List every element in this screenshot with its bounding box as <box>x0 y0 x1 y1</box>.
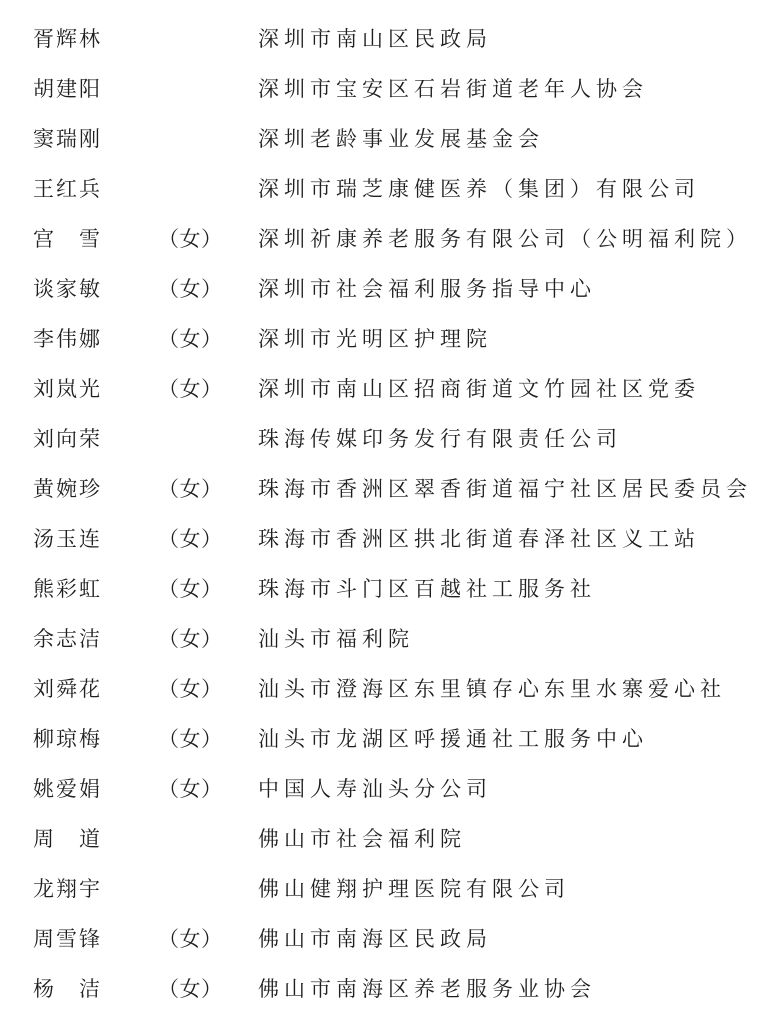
organization-name: 深圳市光明区护理院 <box>258 326 492 352</box>
list-item: 窦瑞刚 深圳老龄事业发展基金会 <box>0 126 780 176</box>
person-name: 谈家敏 <box>33 276 102 302</box>
organization-name: 珠海市香洲区拱北街道春泽社区义工站 <box>258 526 700 552</box>
organization-name: 深圳祈康养老服务有限公司（公明福利院） <box>258 226 752 252</box>
gender-note: （女） <box>158 776 223 802</box>
organization-name: 深圳市宝安区石岩街道老年人协会 <box>258 76 648 102</box>
gender-note: （女） <box>158 376 223 402</box>
organization-name: 汕头市龙湖区呼援通社工服务中心 <box>258 726 648 752</box>
list-item: 余志洁 （女） 汕头市福利院 <box>0 626 780 676</box>
organization-name: 汕头市福利院 <box>258 626 414 652</box>
organization-name: 深圳市南山区民政局 <box>258 26 492 52</box>
person-name: 姚爱娟 <box>33 776 102 802</box>
list-item: 胥辉林 深圳市南山区民政局 <box>0 26 780 76</box>
person-name: 窦瑞刚 <box>33 126 102 152</box>
document-page: 胥辉林 深圳市南山区民政局 胡建阳 深圳市宝安区石岩街道老年人协会 窦瑞刚 深圳… <box>0 0 780 1032</box>
person-name: 周雪锋 <box>33 926 102 952</box>
person-name: 王红兵 <box>33 176 102 202</box>
person-name: 黄婉珍 <box>33 476 102 502</box>
gender-note: （女） <box>158 976 223 1002</box>
organization-name: 深圳市社会福利服务指导中心 <box>258 276 596 302</box>
person-name: 刘岚光 <box>33 376 102 402</box>
person-name: 胡建阳 <box>33 76 102 102</box>
person-name: 宫 雪 <box>33 226 102 252</box>
organization-name: 汕头市澄海区东里镇存心东里水寨爱心社 <box>258 676 726 702</box>
list-item: 周 道 佛山市社会福利院 <box>0 826 780 876</box>
person-name: 熊彩虹 <box>33 576 102 602</box>
list-item: 汤玉连 （女） 珠海市香洲区拱北街道春泽社区义工站 <box>0 526 780 576</box>
person-name: 汤玉连 <box>33 526 102 552</box>
gender-note: （女） <box>158 226 223 252</box>
list-item: 刘舜花 （女） 汕头市澄海区东里镇存心东里水寨爱心社 <box>0 676 780 726</box>
person-name: 柳琼梅 <box>33 726 102 752</box>
list-item: 李伟娜 （女） 深圳市光明区护理院 <box>0 326 780 376</box>
organization-name: 深圳市瑞芝康健医养（集团）有限公司 <box>258 176 700 202</box>
person-name: 龙翔宇 <box>33 876 102 902</box>
person-name: 余志洁 <box>33 626 102 652</box>
gender-note: （女） <box>158 476 223 502</box>
list-item: 杨 洁 （女） 佛山市南海区养老服务业协会 <box>0 976 780 1026</box>
list-item: 柳琼梅 （女） 汕头市龙湖区呼援通社工服务中心 <box>0 726 780 776</box>
person-name: 杨 洁 <box>33 976 102 1002</box>
list-item: 谈家敏 （女） 深圳市社会福利服务指导中心 <box>0 276 780 326</box>
organization-name: 佛山市南海区民政局 <box>258 926 492 952</box>
list-item: 姚爱娟 （女） 中国人寿汕头分公司 <box>0 776 780 826</box>
gender-note: （女） <box>158 726 223 752</box>
list-item: 宫 雪 （女） 深圳祈康养老服务有限公司（公明福利院） <box>0 226 780 276</box>
organization-name: 珠海传媒印务发行有限责任公司 <box>258 426 622 452</box>
gender-note: （女） <box>158 326 223 352</box>
person-name: 胥辉林 <box>33 26 102 52</box>
organization-name: 深圳市南山区招商街道文竹园社区党委 <box>258 376 700 402</box>
gender-note: （女） <box>158 276 223 302</box>
gender-note: （女） <box>158 576 223 602</box>
awardee-list: 胥辉林 深圳市南山区民政局 胡建阳 深圳市宝安区石岩街道老年人协会 窦瑞刚 深圳… <box>0 26 780 1026</box>
list-item: 胡建阳 深圳市宝安区石岩街道老年人协会 <box>0 76 780 126</box>
gender-note: （女） <box>158 926 223 952</box>
list-item: 熊彩虹 （女） 珠海市斗门区百越社工服务社 <box>0 576 780 626</box>
person-name: 刘向荣 <box>33 426 102 452</box>
list-item: 黄婉珍 （女） 珠海市香洲区翠香街道福宁社区居民委员会 <box>0 476 780 526</box>
list-item: 周雪锋 （女） 佛山市南海区民政局 <box>0 926 780 976</box>
gender-note: （女） <box>158 676 223 702</box>
list-item: 刘岚光 （女） 深圳市南山区招商街道文竹园社区党委 <box>0 376 780 426</box>
list-item: 龙翔宇 佛山健翔护理医院有限公司 <box>0 876 780 926</box>
list-item: 王红兵 深圳市瑞芝康健医养（集团）有限公司 <box>0 176 780 226</box>
organization-name: 珠海市香洲区翠香街道福宁社区居民委员会 <box>258 476 752 502</box>
gender-note: （女） <box>158 626 223 652</box>
organization-name: 深圳老龄事业发展基金会 <box>258 126 544 152</box>
organization-name: 中国人寿汕头分公司 <box>258 776 492 802</box>
person-name: 周 道 <box>33 826 102 852</box>
organization-name: 珠海市斗门区百越社工服务社 <box>258 576 596 602</box>
organization-name: 佛山健翔护理医院有限公司 <box>258 876 570 902</box>
person-name: 李伟娜 <box>33 326 102 352</box>
gender-note: （女） <box>158 526 223 552</box>
organization-name: 佛山市社会福利院 <box>258 826 466 852</box>
organization-name: 佛山市南海区养老服务业协会 <box>258 976 596 1002</box>
person-name: 刘舜花 <box>33 676 102 702</box>
list-item: 刘向荣 珠海传媒印务发行有限责任公司 <box>0 426 780 476</box>
